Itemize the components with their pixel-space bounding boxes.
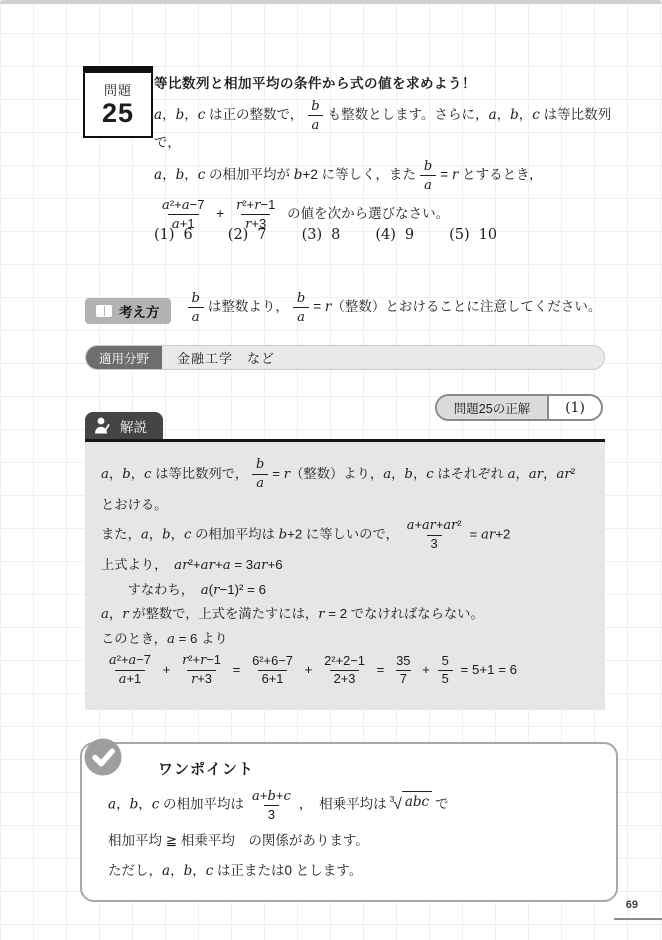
page-number-rule <box>614 918 662 920</box>
application-field-label: 適用分野 <box>86 346 162 369</box>
page-top-edge <box>0 0 662 4</box>
fraction: a+b+c3 <box>248 788 295 822</box>
fraction: 6²+6−76+1 <box>248 654 297 687</box>
problem-box-label: 問題 <box>85 80 151 99</box>
approach-text: baは整数より，ba= r（整数）とおけることに注意してください。 <box>184 290 602 325</box>
explanation-tab: 解説 <box>85 412 163 439</box>
fraction: 2²+2−12+3 <box>320 654 369 687</box>
book-icon <box>96 305 112 317</box>
explanation-line: また，a，b，c の相加平均は b+2 に等しいので，a+ar+ar²3= ar… <box>101 518 589 552</box>
choice-5: (5)10 <box>449 227 497 243</box>
fraction: a+ar+ar²3 <box>403 518 466 552</box>
application-field-value: 金融工学 など <box>162 346 290 369</box>
explanation-tab-label: 解説 <box>120 416 147 436</box>
onepoint-title: ワンポイント <box>158 758 596 779</box>
onepoint-line: 相加平均 ≧ 相乗平均 の関係があります。 <box>108 831 596 852</box>
approach-section: 考え方 baは整数より，ba= r（整数）とおけることに注意してください。 <box>85 290 609 325</box>
fraction: ba <box>420 158 436 193</box>
choices-row: (1)6 (2)7 (3)8 (4)9 (5)10 <box>154 227 497 243</box>
problem-title: 等比数列と相加平均の条件から式の値を求めよう！ <box>154 72 616 92</box>
explanation-line: 上式より， ar²+ar+a = 3ar+6 <box>101 555 589 577</box>
fraction: ba <box>252 457 268 492</box>
approach-label: 考え方 <box>85 298 171 324</box>
fraction: ba <box>188 290 204 325</box>
approach-label-text: 考え方 <box>119 301 160 321</box>
fraction: 357 <box>392 654 414 687</box>
explanation-line: すなわち， a(r−1)² = 6 <box>101 580 589 602</box>
problem-statement: 等比数列と相加平均の条件から式の値を求めよう！ a，b，c は正の整数で，baも… <box>154 72 616 236</box>
fraction: ba <box>307 98 323 133</box>
explanation-line: a，b，c は等比数列で，ba= r（整数）より，a，b，c はそれぞれ a，a… <box>101 457 589 492</box>
explanation-panel: a，b，c は等比数列で，ba= r（整数）より，a，b，c はそれぞれ a，a… <box>85 442 605 710</box>
page-number: 69 <box>626 899 638 911</box>
page: 問題 25 等比数列と相加平均の条件から式の値を求めよう！ a，b，c は正の整… <box>0 0 662 940</box>
fraction: a²+a−7a+1 <box>105 653 155 688</box>
explanation-line: このとき，a = 6 より <box>101 629 589 651</box>
problem-box-number: 25 <box>85 100 151 127</box>
explanation-line: a²+a−7a+1 + r²+r−1r+3 = 6²+6−76+1 + 2²+2… <box>101 653 589 688</box>
fraction: 55 <box>438 654 453 687</box>
onepoint-line: ただし，a，b，c は正または0 とします。 <box>108 861 596 882</box>
presenter-icon <box>93 415 113 436</box>
onepoint-box: ワンポイント a，b，c の相加平均はa+b+c3， 相乗平均は3√abcで 相… <box>80 742 618 902</box>
onepoint-line: a，b，c の相加平均はa+b+c3， 相乗平均は3√abcで <box>108 788 596 822</box>
explanation-line: a，r が整数で，上式を満たすには，r = 2 でなければならない。 <box>101 604 589 626</box>
cube-root: 3√abc <box>390 791 433 813</box>
correct-answer-value: (1) <box>549 396 601 419</box>
choice-3: (3)8 <box>302 227 341 243</box>
problem-line: a，b，c の相加平均が b+2 に等しく，またba= r とするとき， <box>154 158 616 193</box>
fraction: r²+r−1r+3 <box>178 653 225 688</box>
check-icon <box>84 738 122 776</box>
correct-answer-label: 問題25の正解 <box>437 396 549 419</box>
correct-answer-badge: 問題25の正解 (1) <box>435 394 603 421</box>
explanation-line: とおける。 <box>101 495 589 516</box>
fraction: ba <box>293 290 309 325</box>
problem-number-box: 問題 25 <box>83 66 153 138</box>
choice-2: (2)7 <box>228 227 267 243</box>
choice-4: (4)9 <box>375 227 414 243</box>
application-field-bar: 適用分野 金融工学 など <box>85 345 605 370</box>
problem-line: a，b，c は正の整数で，baも整数とします。さらに，a，b，c は等比数列で， <box>154 98 616 154</box>
choice-1: (1)6 <box>154 227 193 243</box>
